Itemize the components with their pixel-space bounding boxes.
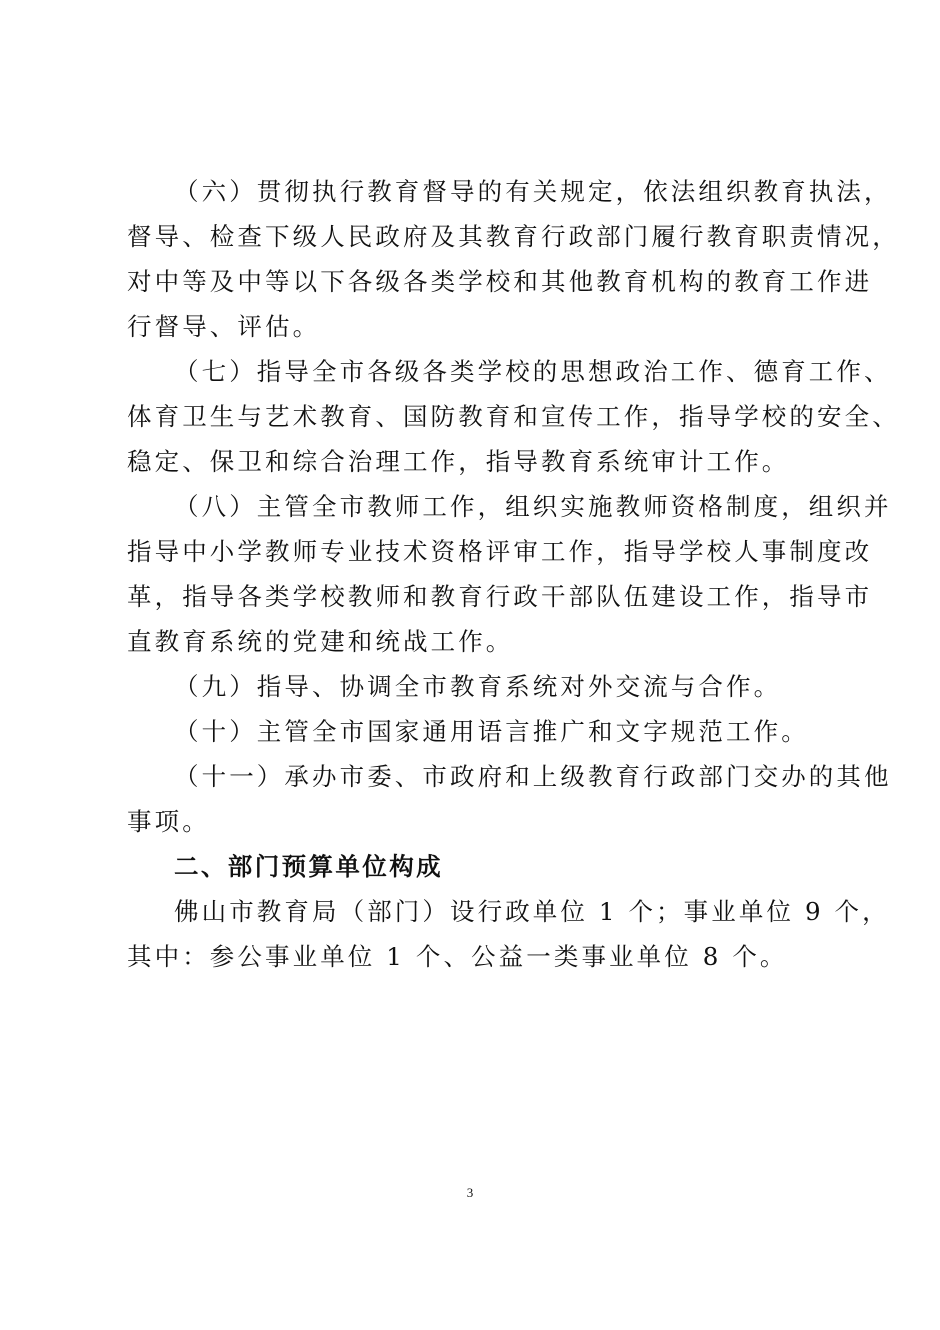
- paragraph-6-line-2: 督导、检查下级人民政府及其教育行政部门履行教育职责情况，: [127, 217, 900, 257]
- paragraph-8-line-1: （八）主管全市教师工作，组织实施教师资格制度，组织并: [174, 487, 892, 527]
- paragraph-10: （十）主管全市国家通用语言推广和文字规范工作。: [174, 712, 809, 752]
- paragraph-6-line-1: （六）贯彻执行教育督导的有关规定，依法组织教育执法，: [174, 172, 892, 212]
- paragraph-7-line-2: 体育卫生与艺术教育、国防教育和宣传工作，指导学校的安全、: [127, 397, 900, 437]
- paragraph-8-line-3: 革，指导各类学校教师和教育行政干部队伍建设工作，指导市: [127, 577, 872, 617]
- paragraph-11-line-1: （十一）承办市委、市政府和上级教育行政部门交办的其他: [174, 757, 892, 797]
- budget-units-line-2: 其中：参公事业单位 1 个、公益一类事业单位 8 个。: [127, 937, 788, 977]
- paragraph-9: （九）指导、协调全市教育系统对外交流与合作。: [174, 667, 781, 707]
- paragraph-7-line-1: （七）指导全市各级各类学校的思想政治工作、德育工作、: [174, 352, 892, 392]
- paragraph-7-line-3: 稳定、保卫和综合治理工作，指导教育系统审计工作。: [127, 442, 789, 482]
- paragraph-6-line-4: 行督导、评估。: [127, 307, 320, 347]
- budget-units-line-1: 佛山市教育局（部门）设行政单位 1 个；事业单位 9 个，: [174, 892, 890, 932]
- paragraph-8-line-2: 指导中小学教师专业技术资格评审工作，指导学校人事制度改: [127, 532, 872, 572]
- paragraph-8-line-4: 直教育系统的党建和统战工作。: [127, 622, 513, 662]
- page-number: 3: [0, 1185, 940, 1201]
- section-heading: 二、部门预算单位构成: [174, 847, 443, 887]
- paragraph-6-line-3: 对中等及中等以下各级各类学校和其他教育机构的教育工作进: [127, 262, 872, 302]
- paragraph-11-line-2: 事项。: [127, 802, 210, 842]
